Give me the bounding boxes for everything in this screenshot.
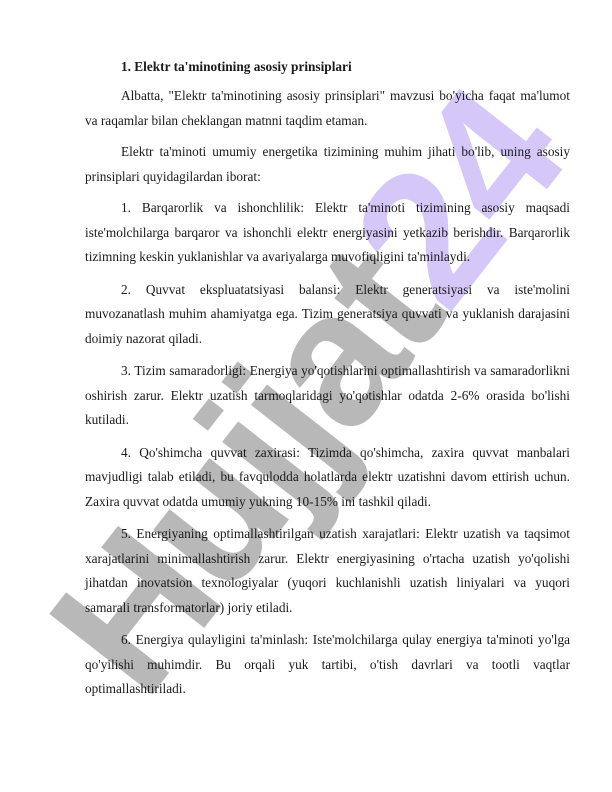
principle-item: 2. Quvvat ekspluatatsiyasi balansi: Elek… [85,278,570,352]
document-page: 1. Elektr ta'minotining asosiy prinsipla… [85,56,570,702]
intro-paragraph: Albatta, "Elektr ta'minotining asosiy pr… [85,84,570,133]
principle-item: 1. Barqarorlik va ishonchlilik: Elektr t… [85,196,570,270]
intro-paragraph: Elektr ta'minoti umumiy energetika tizim… [85,140,570,189]
section-heading: 1. Elektr ta'minotining asosiy prinsipla… [85,56,570,78]
principle-item: 3. Tizim samaradorligi: Energiya yo'qoti… [85,359,570,433]
principle-item: 5. Energiyaning optimallashtirilgan uzat… [85,522,570,620]
principle-item: 6. Energiya qulayligini ta'minlash: Iste… [85,628,570,702]
principle-item: 4. Qo'shimcha quvvat zaxirasi: Tizimda q… [85,441,570,515]
